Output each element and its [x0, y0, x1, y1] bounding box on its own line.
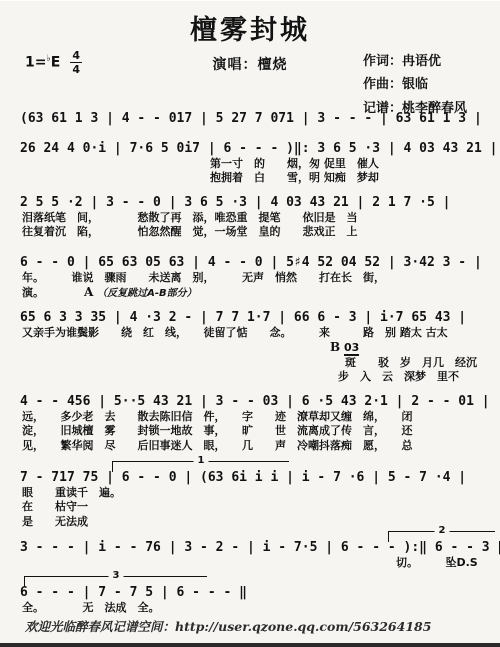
section-b-marker: B — [330, 340, 340, 354]
system-7: 7 - 717 75 | 6 - - 0 | (63 6i i i | i - … — [0, 470, 500, 529]
system-9: 6 - - - | 7 - 7 5 | 6 - - - ‖ 全。 无 法成 全。 — [0, 585, 500, 615]
lyrics-line: 见， 繁华阅 尽 后旧事迷人 眼， 几 声 冷嘲抖落痴 愿， 总 — [22, 439, 500, 454]
system-6: 4 - - 456 | 5··5 43 21 | 3 - - 03 | 6 ·5… — [0, 394, 500, 453]
lyric-word: 演。 — [22, 286, 44, 299]
lyrics-line: 淀， 旧城檀 雾 封锁一地故 事， 旷 世 流离成了传 言， 还 — [22, 424, 500, 439]
lyrics-line: 又亲手为谁鬓影 绕 红 线， 徒留了惦 念。 来 路 别 踏太 古太 — [22, 326, 500, 341]
sheet-music-page: 檀雾封城 1=♭E44 演唱：檀烧 作词：冉语优 作曲：银临 记谱：桃李醉春风 … — [0, 0, 500, 647]
lyrics-line: 切。 坠D.S — [396, 556, 500, 571]
song-title: 檀雾封城 — [0, 8, 500, 47]
notation-line: 7 - 717 75 | 6 - - 0 | (63 6i i i | i - … — [20, 470, 500, 486]
section-b-row: B 03 — [330, 340, 500, 356]
lyrics-line: 步 入 云 深梦 里不 — [338, 370, 500, 385]
lyrics-line: 抱拥着 白 雪，明 知痴 梦却 — [210, 171, 500, 186]
lyrics-line: 年。 谁说 骤雨 未送离 别， 无声 悄然 打在长 街， — [22, 271, 500, 286]
lyrics-line: 是 无法成 — [22, 515, 500, 530]
lyrics-line: 第一寸 的 烟，匆 促里 催人 — [210, 157, 500, 172]
lyrics-line: 远， 多少老 去 散去陈旧信 件， 字 迹 潦草却又缠 绵， 闭 — [22, 410, 500, 425]
system-2: 26 24 4 0·i | 7·6 5 0i7 | 6 - - - )‖: 3 … — [0, 141, 500, 186]
lyrics-line: 往复着沉 陷， 怕忽然醒 觉，一场堂 皇的 悲戏正 上 — [22, 225, 500, 240]
system-5: 65 6 3 3 35 | 4 ·3 2 - | 7 7 1·7 | 66 6 … — [0, 310, 500, 385]
section-a-marker: A — [84, 285, 93, 299]
volta-number: 3 — [109, 570, 124, 582]
notation-line: 65 6 3 3 35 | 4 ·3 2 - | 7 7 1·7 | 66 6 … — [20, 310, 500, 326]
lyrics-line: 全。 无 法成 全。 — [22, 601, 500, 616]
notation-line: 6 - - 0 | 65 63 05 63 | 4 - - 0 | 5♯4 52… — [20, 255, 500, 271]
notation-line: 3 - - - | i - - 76 | 3 - 2 - | i - 7·5 |… — [20, 540, 500, 556]
notation-line: (63 61 1 3 | 4 - - 017 | 5 27 7 071 | 3 … — [20, 111, 500, 127]
notation-line: 6 - - - | 7 - 7 5 | 6 - - - ‖ — [20, 585, 500, 601]
repeat-instruction: （反复跳过A-B部分） — [97, 288, 197, 299]
lyrics-line-with-marker: 演。A （反复跳过A-B部分） — [22, 285, 500, 301]
lyrics-line: 斑 驳 岁 月几 经沉 — [345, 356, 500, 371]
section-b-notes: 03 — [344, 341, 359, 356]
system-8: 3 - - - | i - - 76 | 3 - 2 - | i - 7·5 |… — [0, 540, 500, 570]
system-4: 6 - - 0 | 65 63 05 63 | 4 - - 0 | 5♯4 52… — [0, 255, 500, 301]
lyrics-line: 在 枯守一 — [22, 500, 500, 515]
notation-line: 2 5 5 ·2 | 3 - - 0 | 3 6 5 ·3 | 4 03 43 … — [20, 195, 500, 211]
footer-url-text: 欢迎光临醉春风记谱空间：http://user.qzone.qq.com/563… — [25, 617, 431, 635]
notation-line: 4 - - 456 | 5··5 43 21 | 3 - - 03 | 6 ·5… — [20, 394, 500, 410]
notation-line: 26 24 4 0·i | 7·6 5 0i7 | 6 - - - )‖: 3 … — [20, 141, 500, 157]
lyrics-line: 泪落纸笔 间， 愁散了再 添，唯恐重 提笔 依旧是 当 — [22, 211, 500, 226]
lyrics-line: 眼 重读千 遍。 — [22, 486, 500, 501]
credits-block: 作词：冉语优 作曲：银临 记谱：桃李醉春风 — [363, 50, 467, 120]
volta-number: 1 — [194, 455, 209, 467]
composer-credit: 作曲：银临 — [363, 73, 467, 96]
system-1: (63 61 1 3 | 4 - - 017 | 5 27 7 071 | 3 … — [0, 111, 500, 127]
lyricist-credit: 作词：冉语优 — [363, 50, 467, 73]
system-3: 2 5 5 ·2 | 3 - - 0 | 3 6 5 ·3 | 4 03 43 … — [0, 195, 500, 240]
